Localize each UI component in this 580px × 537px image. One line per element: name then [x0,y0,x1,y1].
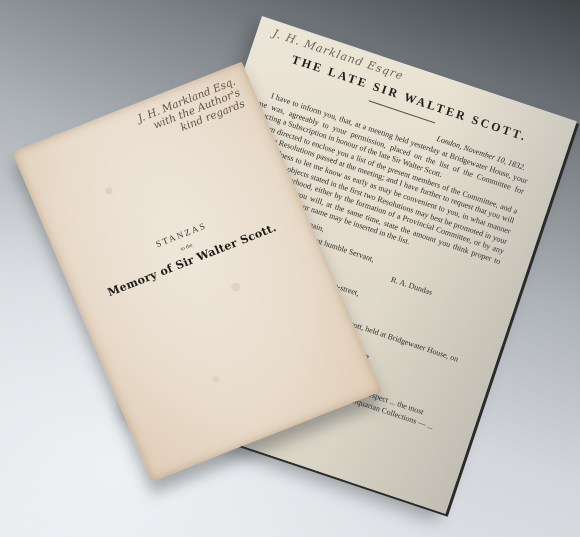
photo-scene: J. H. Markland Esqre THE LATE SIR WALTER… [0,0,580,537]
inscription-line: with the Author's [79,87,242,160]
booklet-connector: to the [71,200,303,296]
handwritten-inscription: J. H. Markland Esq. with the Author's ki… [75,76,247,171]
